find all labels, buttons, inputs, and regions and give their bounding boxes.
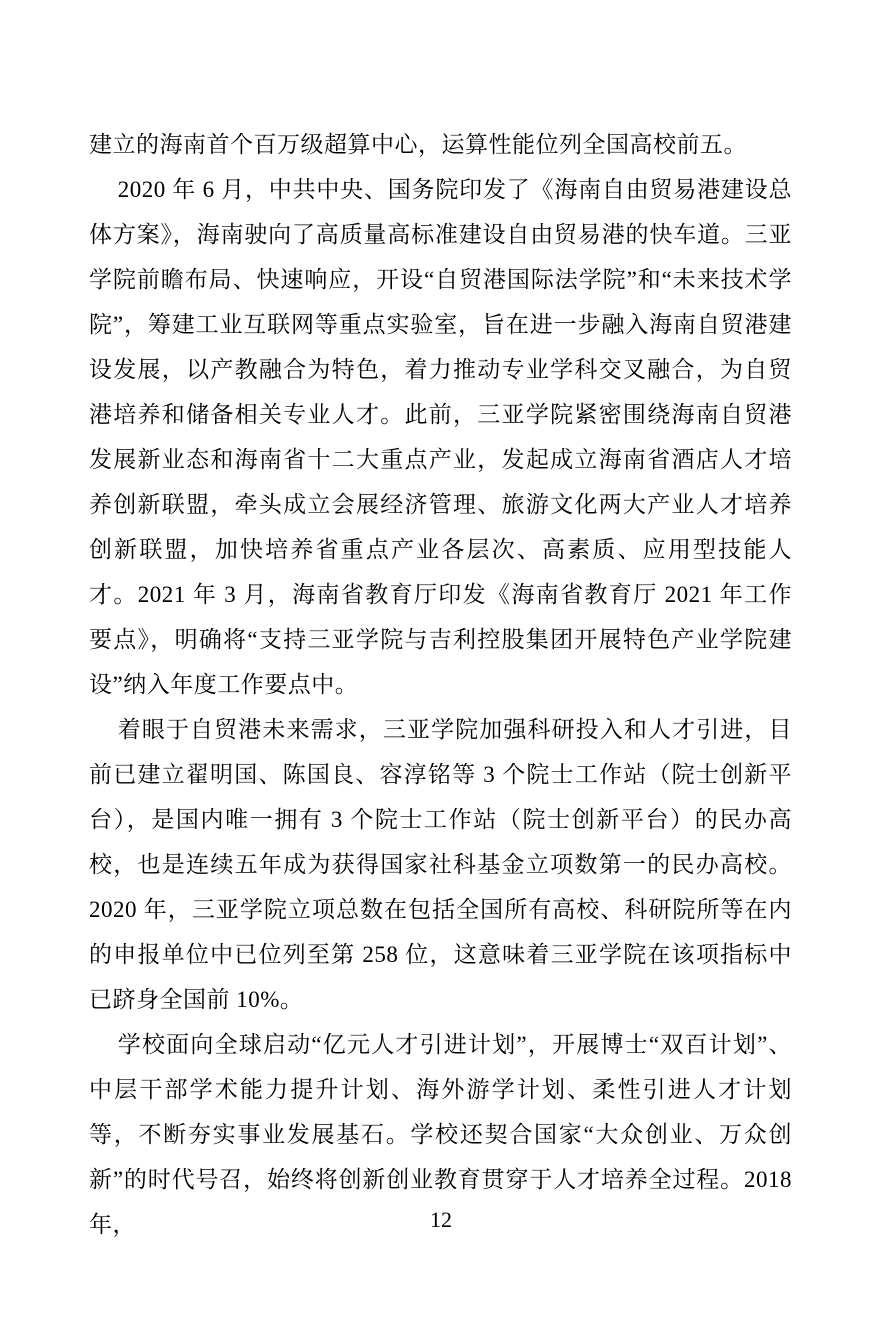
page-number: 12 bbox=[0, 1200, 882, 1240]
paragraph-continuation: 建立的海南首个百万级超算中心，运算性能位列全国高校前五。 bbox=[89, 122, 792, 167]
paragraph: 着眼于自贸港未来需求，三亚学院加强科研投入和人才引进，目前已建立翟明国、陈国良、… bbox=[89, 707, 792, 1022]
document-page: 建立的海南首个百万级超算中心，运算性能位列全国高校前五。 2020 年 6 月，… bbox=[0, 0, 882, 1323]
body-text: 建立的海南首个百万级超算中心，运算性能位列全国高校前五。 2020 年 6 月，… bbox=[89, 122, 792, 1247]
paragraph: 2020 年 6 月，中共中央、国务院印发了《海南自由贸易港建设总体方案》，海南… bbox=[89, 167, 792, 707]
